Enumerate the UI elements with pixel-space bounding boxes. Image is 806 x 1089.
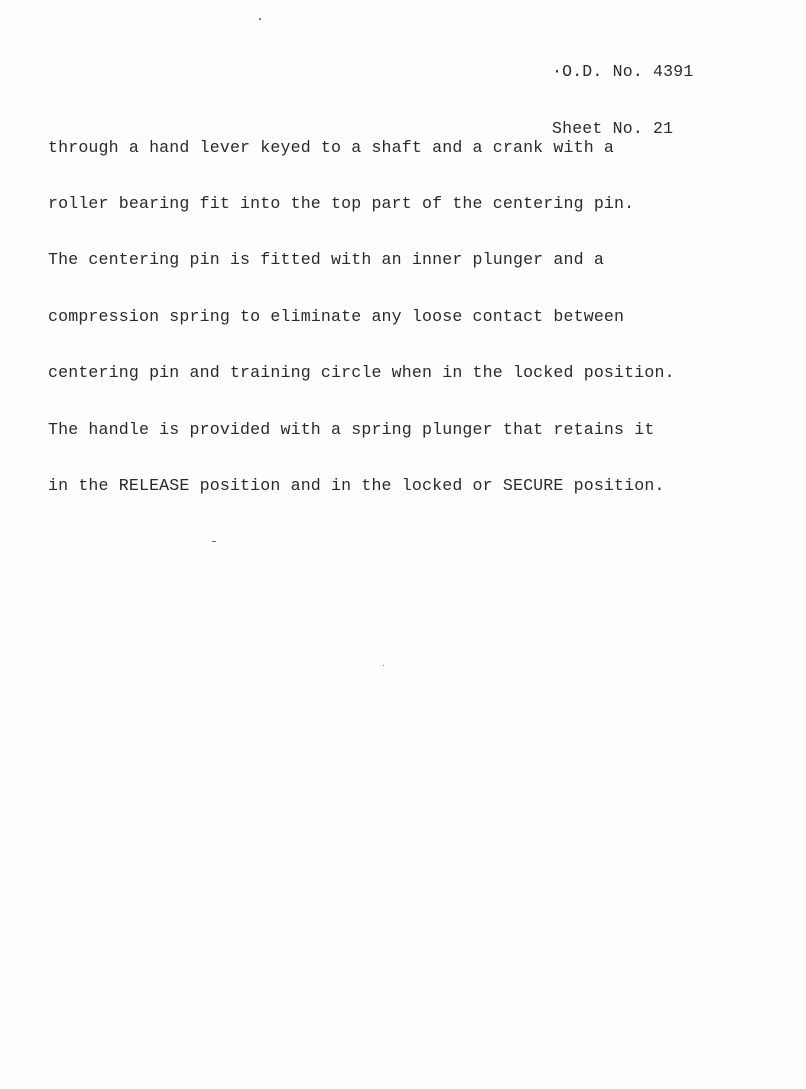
od-number: ·O.D. No. 4391 [552,62,693,81]
body-line: centering pin and training circle when i… [48,364,675,383]
body-paragraph: through a hand lever keyed to a shaft an… [48,101,675,533]
body-line: compression spring to eliminate any loos… [48,308,675,327]
body-line: in the RELEASE position and in the locke… [48,477,675,496]
scan-speck [577,433,579,435]
body-line: through a hand lever keyed to a shaft an… [48,139,675,158]
document-page: ·O.D. No. 4391 Sheet No. 21 through a ha… [0,0,806,1089]
scan-speck [259,18,261,20]
scan-speck [212,541,216,542]
body-line: The centering pin is fitted with an inne… [48,251,675,270]
scan-speck [383,665,384,666]
body-line: roller bearing fit into the top part of … [48,195,675,214]
body-line: The handle is provided with a spring plu… [48,421,675,440]
